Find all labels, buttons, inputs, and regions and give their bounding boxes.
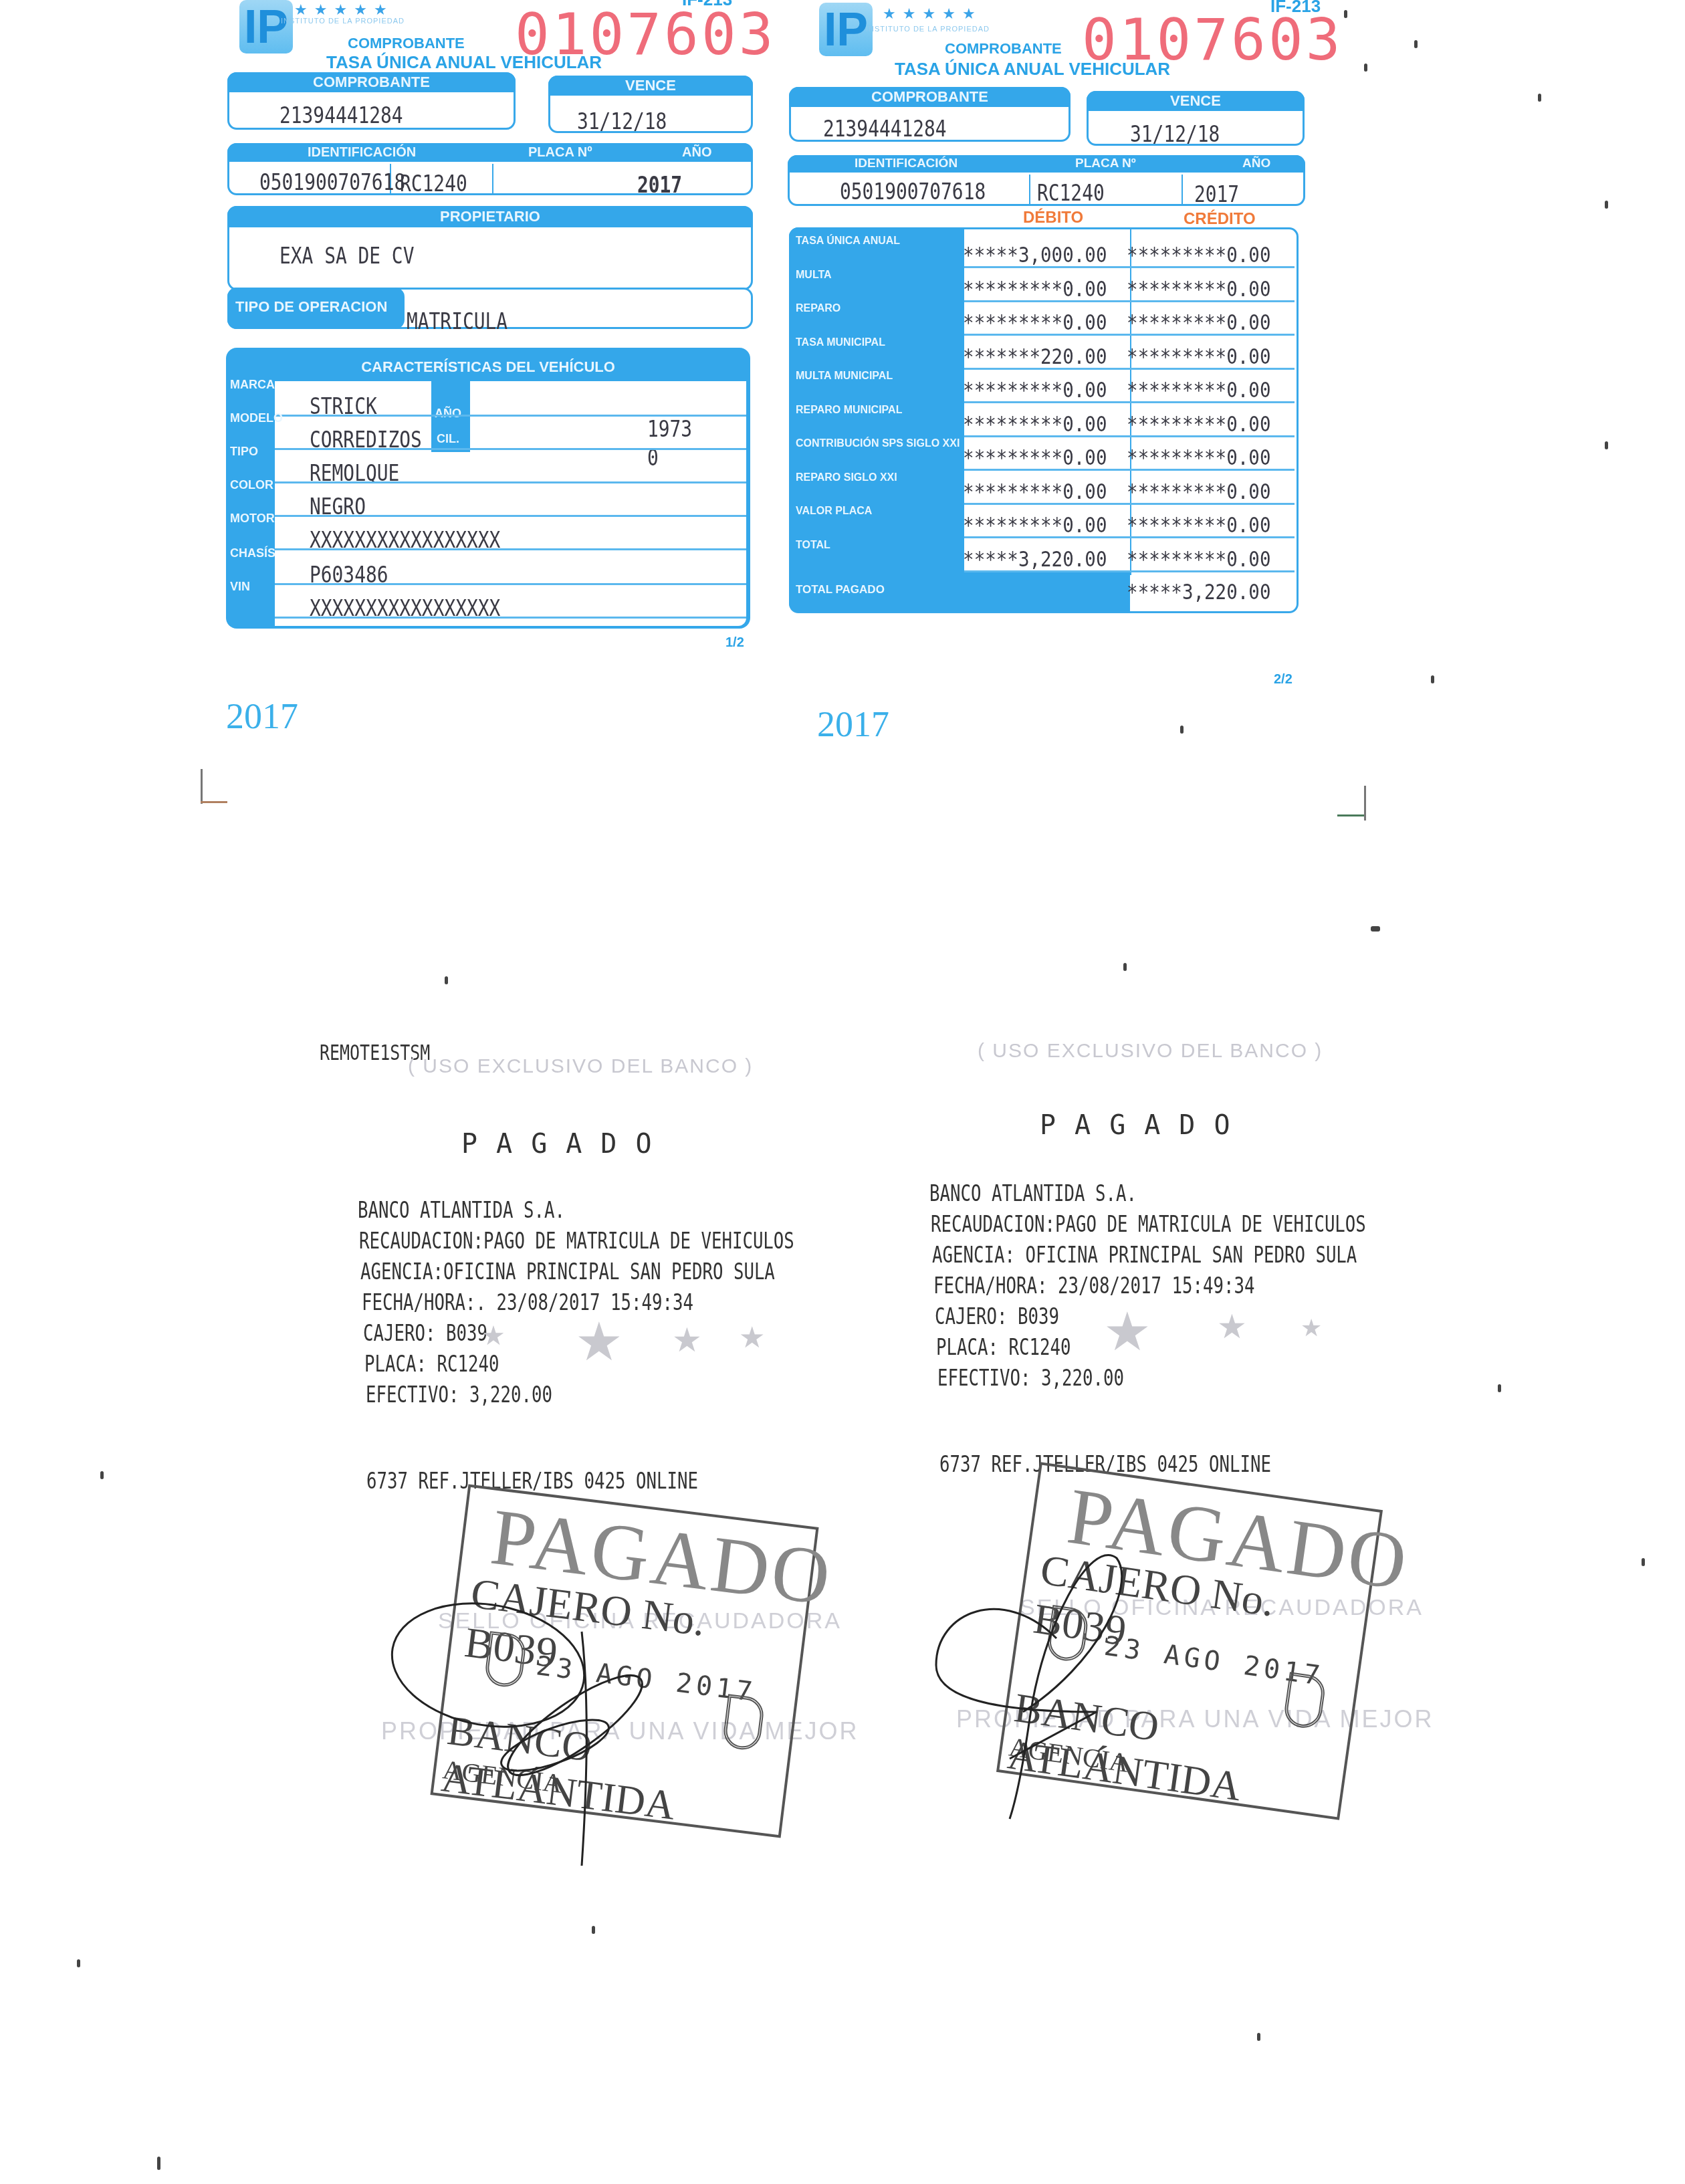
divider (1182, 175, 1183, 204)
anio-value: 2017 (637, 172, 682, 199)
row-line (964, 300, 1295, 302)
speck (1605, 441, 1608, 449)
row-line (964, 570, 1295, 572)
slip-line: RECAUDACION:PAGO DE MATRICULA DE VEHICUL… (359, 1228, 794, 1254)
debit-amount: *********0.00 (963, 310, 1107, 335)
placa-label: PLACA Nº (1075, 155, 1136, 173)
debit-amount: *********0.00 (963, 512, 1107, 538)
anio-value: 2017 (1194, 181, 1239, 208)
car-anio-value: 1973 (647, 416, 692, 443)
anio-label: AÑO (1242, 155, 1270, 173)
speck (77, 1959, 80, 1967)
placa-value: RC1240 (400, 171, 467, 197)
debit-amount: *********0.00 (963, 479, 1107, 504)
debit-amount: *********0.00 (963, 411, 1107, 437)
comprobante-box: COMPROBANTE 21394441284 (789, 87, 1071, 142)
charge-label: REPARO (796, 303, 840, 315)
star-icon: ★ (1217, 1307, 1247, 1346)
form-title: TASA ÚNICA ANUAL VEHICULAR (895, 59, 1170, 80)
crop-mark (201, 801, 227, 803)
propietario-title: PROPIETARIO (227, 206, 753, 227)
id-box: IDENTIFICACIÓN PLACA Nº AÑO 050190070761… (227, 143, 753, 195)
speck (592, 1926, 595, 1934)
comprobante-label: COMPROBANTE (945, 40, 1062, 58)
slip-line: FECHA/HORA:. 23/08/2017 15:49:34 (362, 1289, 693, 1315)
tipo-operacion-label: TIPO DE OPERACION (227, 288, 405, 329)
vence-title: VENCE (1087, 91, 1305, 111)
slip-line: BANCO ATLANTIDA S.A. (929, 1180, 1137, 1206)
car-cil-label: CIL. (437, 432, 459, 446)
vence-box: VENCE 31/12/18 (548, 76, 753, 133)
caracteristicas-title: CARACTERÍSTICAS DEL VEHÍCULO (226, 358, 750, 376)
charge-label: TOTAL (796, 540, 830, 552)
slip-line: PLACA: RC1240 (936, 1334, 1071, 1360)
charge-label: TASA MUNICIPAL (796, 337, 885, 349)
crop-mark (1337, 814, 1364, 816)
caracteristicas-box: CARACTERÍSTICAS DEL VEHÍCULO AÑO CIL. 19… (226, 348, 750, 629)
debit-amount: *******220.00 (963, 344, 1107, 369)
identificacion-value: 0501900707618 (840, 179, 986, 205)
star-icon: ★ (1301, 1314, 1322, 1342)
speck (445, 976, 448, 984)
speck (1123, 963, 1127, 971)
speck (157, 2157, 160, 2170)
car-label-chasís: CHASÍS (230, 546, 275, 560)
row-line (964, 334, 1295, 336)
vence-value: 31/12/18 (577, 108, 667, 135)
credit-amount: *********0.00 (1127, 276, 1270, 302)
row-line (275, 481, 746, 483)
footer-year: 2017 (226, 695, 298, 737)
speck (1538, 94, 1541, 102)
row-line (275, 617, 746, 619)
bank-logo-icon (721, 1694, 765, 1751)
speck (1371, 926, 1380, 932)
total-pagado-value: *****3,220.00 (1127, 579, 1270, 605)
identificacion-value: 0501900707618 (259, 169, 405, 196)
vence-value: 31/12/18 (1130, 121, 1220, 148)
charge-label: MULTA (796, 269, 832, 282)
propietario-box: PROPIETARIO EXA SA DE CV (227, 206, 753, 290)
row-line (275, 548, 746, 550)
speck (1414, 40, 1418, 48)
placa-label: PLACA Nº (528, 143, 592, 162)
charge-label: TASA ÚNICA ANUAL (796, 235, 900, 247)
uso-exclusivo: ( USO EXCLUSIVO DEL BANCO ) (408, 1055, 753, 1078)
slip-line: AGENCIA:OFICINA PRINCIPAL SAN PEDRO SULA (360, 1259, 775, 1285)
row-line (275, 448, 746, 450)
footer-year: 2017 (817, 703, 889, 745)
signature (388, 1592, 722, 1872)
uso-exclusivo: ( USO EXCLUSIVO DEL BANCO ) (978, 1040, 1323, 1063)
credit-amount: *********0.00 (1127, 445, 1270, 470)
institution-name: INSTITUTO DE LA PROPIEDAD (281, 17, 405, 25)
divider (492, 164, 493, 193)
car-label-vin: VIN (230, 580, 250, 594)
credit-amount: *********0.00 (1127, 344, 1270, 369)
row-line (275, 583, 746, 585)
comprobante-box: COMPROBANTE 21394441284 (227, 72, 516, 130)
reference: 6737 REF.JTELLER/IBS 0425 ONLINE (366, 1468, 698, 1494)
signature (923, 1545, 1204, 1826)
speck (1605, 201, 1608, 209)
row-line (964, 435, 1295, 437)
charge-label: MULTA MUNICIPAL (796, 370, 893, 383)
form-title: TASA ÚNICA ANUAL VEHICULAR (326, 52, 602, 73)
speck (1431, 675, 1434, 683)
slip-line: PLACA: RC1240 (364, 1351, 499, 1377)
status-pagado: PAGADO (1040, 1110, 1249, 1141)
divider (1029, 175, 1030, 204)
credit-amount: *********0.00 (1127, 411, 1270, 437)
speck (100, 1471, 104, 1479)
comprobante-label: COMPROBANTE (348, 35, 465, 52)
id-header: IDENTIFICACIÓN PLACA Nº AÑO (788, 155, 1305, 173)
comprobante-title: COMPROBANTE (227, 72, 516, 92)
slip-line: EFECTIVO: 3,220.00 (366, 1382, 552, 1408)
comprobante-title: COMPROBANTE (789, 87, 1071, 107)
row-line (964, 536, 1295, 538)
star-icon: ★ (672, 1321, 702, 1359)
star-icon: ★ (575, 1311, 623, 1373)
status-pagado: PAGADO (461, 1129, 671, 1160)
tipo-operacion-value: MATRICULA (407, 308, 508, 335)
row-line (964, 368, 1295, 370)
credit-amount: *********0.00 (1127, 546, 1270, 572)
debit-amount: *********0.00 (963, 276, 1107, 302)
speck (1344, 10, 1347, 18)
debit-amount: *********0.00 (963, 377, 1107, 403)
slip-line: CAJERO: B039 (363, 1320, 487, 1346)
comprobante-value: 21394441284 (823, 116, 947, 142)
star-icon: ★ (481, 1321, 505, 1351)
identificacion-label: IDENTIFICACIÓN (855, 155, 958, 173)
row-line (275, 415, 746, 417)
vence-title: VENCE (548, 76, 753, 96)
comprobante-value: 21394441284 (279, 102, 403, 129)
car-label-tipo: TIPO (230, 445, 258, 459)
speck (1180, 726, 1184, 734)
star-icon: ★ (739, 1321, 765, 1355)
row-line (275, 515, 746, 517)
ip-logo: IP (239, 0, 293, 53)
debit-amount: *****3,220.00 (963, 546, 1107, 572)
anio-label: AÑO (682, 143, 711, 162)
propietario-value: EXA SA DE CV (279, 243, 414, 269)
row-line (964, 401, 1295, 403)
car-label-motor: MOTOR (230, 512, 275, 526)
stars-icon: ★★★★★ (294, 1, 394, 19)
slip-line: EFECTIVO: 3,220.00 (937, 1365, 1124, 1391)
id-box: IDENTIFICACIÓN PLACA Nº AÑO 050190070761… (788, 155, 1305, 206)
tipo-operacion-box: TIPO DE OPERACION MATRICULA (227, 288, 753, 329)
row-line (964, 469, 1295, 471)
credit-amount: *********0.00 (1127, 479, 1270, 504)
slip-line: RECAUDACION:PAGO DE MATRICULA DE VEHICUL… (931, 1211, 1366, 1237)
credit-amount: *********0.00 (1127, 512, 1270, 538)
charge-label: REPARO SIGLO XXI (796, 472, 897, 484)
speck (1642, 1558, 1645, 1566)
slip-line: FECHA/HORA: 23/08/2017 15:49:34 (933, 1273, 1254, 1299)
credit-amount: *********0.00 (1127, 377, 1270, 403)
credit-amount: *********0.00 (1127, 310, 1270, 335)
row-line (964, 503, 1295, 505)
total-pagado-label: TOTAL PAGADO (796, 583, 885, 596)
institution-name: INSTITUTO DE LA PROPIEDAD (866, 25, 990, 33)
logo-text: IP (244, 0, 288, 53)
charge-label: VALOR PLACA (796, 506, 872, 518)
crop-mark (1364, 786, 1366, 821)
id-header: IDENTIFICACIÓN PLACA Nº AÑO (227, 143, 753, 162)
charge-label: CONTRIBUCIÓN SPS SIGLO XXI (796, 438, 960, 450)
charge-label: REPARO MUNICIPAL (796, 405, 902, 417)
debit-amount: *********0.00 (963, 445, 1107, 470)
identificacion-label: IDENTIFICACIÓN (308, 143, 416, 162)
ip-logo: IP (819, 3, 873, 56)
vence-box: VENCE 31/12/18 (1087, 91, 1305, 146)
car-anio-label: AÑO (435, 407, 461, 421)
placa-value: RC1240 (1037, 180, 1105, 207)
credito-label: CRÉDITO (1184, 210, 1256, 229)
car-label-modelo: MODELO (230, 411, 283, 425)
speck (1498, 1384, 1501, 1392)
car-label-color: COLOR (230, 478, 273, 492)
logo-text: IP (824, 3, 868, 56)
slip-line: BANCO ATLANTIDA S.A. (358, 1197, 565, 1223)
debit-amount: *****3,000.00 (963, 242, 1107, 267)
page-number: 1/2 (725, 635, 744, 651)
debito-label: DÉBITO (1023, 209, 1083, 227)
speck (1257, 2033, 1260, 2041)
stars-icon: ★★★★★ (883, 5, 982, 23)
speck (1364, 64, 1367, 72)
row-line (964, 266, 1295, 268)
crop-mark (201, 769, 203, 804)
bank-logo-icon (1282, 1672, 1327, 1730)
credit-amount: *********0.00 (1127, 242, 1270, 267)
page-number: 2/2 (1274, 672, 1293, 687)
car-label-marca: MARCA (230, 378, 275, 392)
charges-table: TASA ÚNICA ANUAL*****3,000.00*********0.… (789, 227, 1297, 612)
star-icon: ★ (1103, 1301, 1151, 1363)
slip-line: CAJERO: B039 (935, 1303, 1059, 1329)
slip-line: AGENCIA: OFICINA PRINCIPAL SAN PEDRO SUL… (932, 1242, 1357, 1268)
